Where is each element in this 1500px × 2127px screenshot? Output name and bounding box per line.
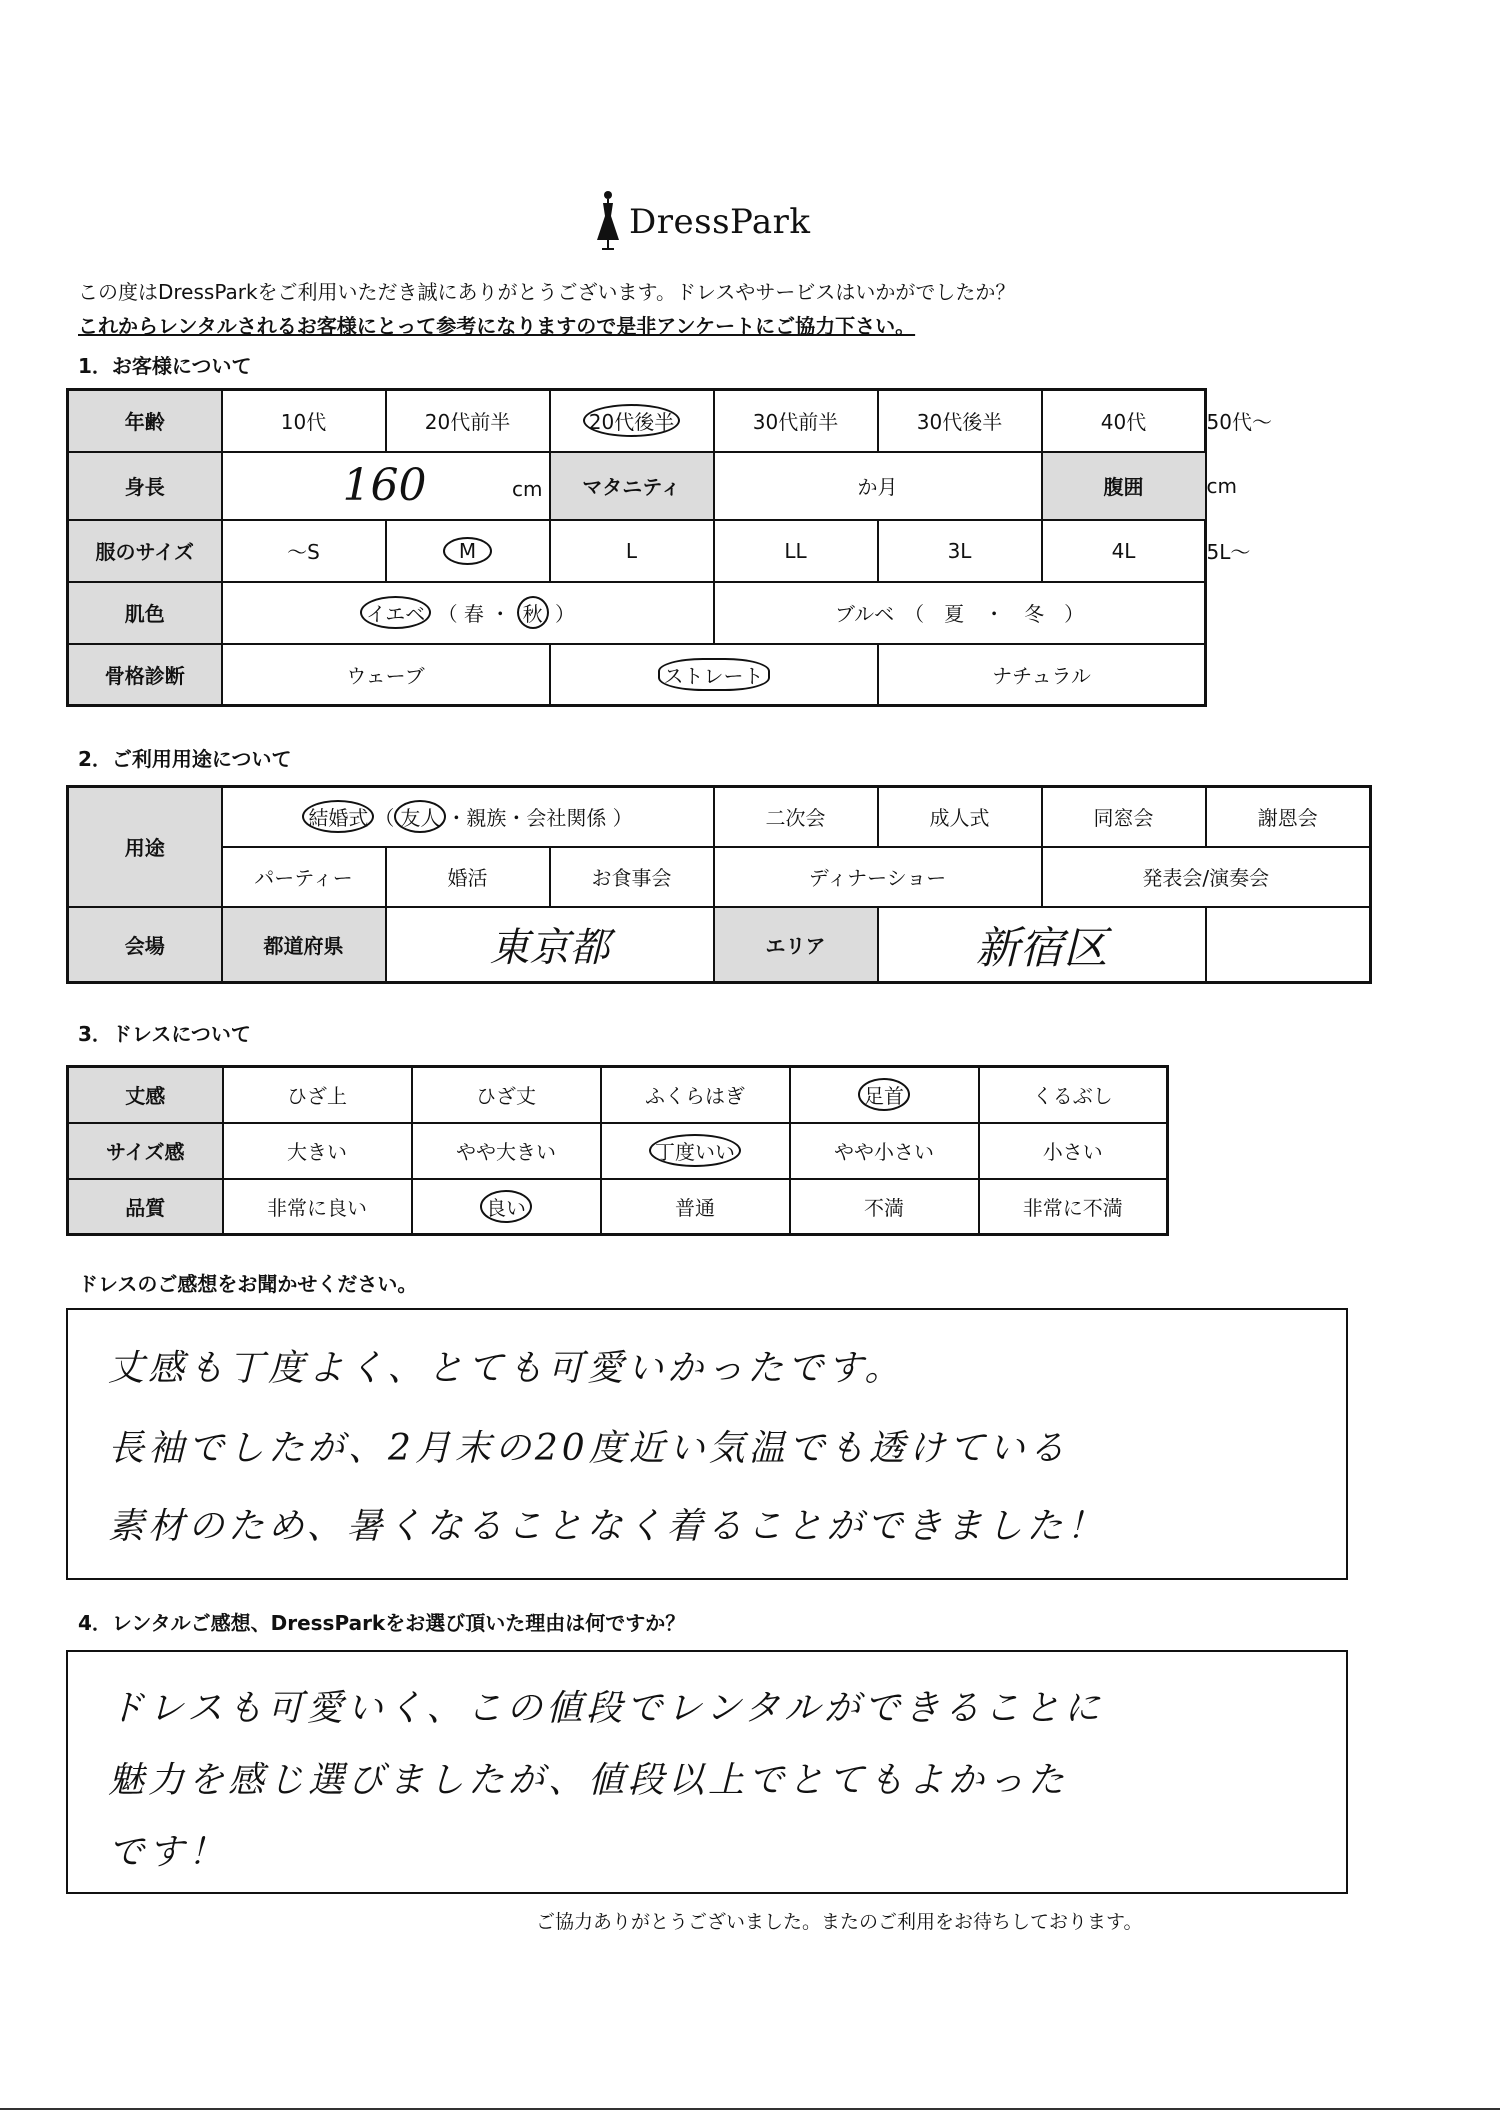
skin-yellow-base[interactable]: イエベ （ 春 ・ 秋 ） xyxy=(222,582,714,644)
comment-line: です！ xyxy=(108,1824,228,1875)
height-label: 身長 xyxy=(68,452,222,520)
size-option-l[interactable]: L xyxy=(550,520,714,582)
comment-line: 長袖でしたが、2月末の20度近い気温でも透けている xyxy=(108,1420,1069,1471)
paren-open: （ xyxy=(438,602,458,626)
comment-line: 素材のため、暑くなることなく着ることができました！ xyxy=(108,1498,1107,1549)
rental-comment-box[interactable]: ドレスも可愛いく、この値段でレンタルができることに 魅力を感じ選びましたが、値段… xyxy=(66,1650,1348,1894)
skeleton-label: 骨格診断 xyxy=(68,644,222,706)
purpose-wedding-relations: ・親族・会社関係 ） xyxy=(446,806,632,830)
maternity-label: マタニティ xyxy=(550,452,714,520)
skeleton-option-wave[interactable]: ウェーブ xyxy=(222,644,550,706)
purpose-dinner-show[interactable]: ディナーショー xyxy=(714,847,1042,907)
quality-option-average[interactable]: 普通 xyxy=(601,1179,790,1235)
purpose-friend[interactable]: 友人 xyxy=(394,800,446,833)
selected-circle: 良い xyxy=(480,1190,532,1223)
customer-info-table: 年齢 10代 20代前半 20代後半 30代前半 30代後半 40代 50代～ … xyxy=(66,388,1207,707)
age-option-early-30s[interactable]: 30代前半 xyxy=(714,390,878,452)
skeleton-option-straight[interactable]: ストレート xyxy=(550,644,878,706)
size-option-ll[interactable]: LL xyxy=(714,520,878,582)
scan-edge-divider xyxy=(0,2108,1500,2110)
waist-label: 腹囲 xyxy=(1042,452,1206,520)
selected-circle: 20代後半 xyxy=(583,404,680,437)
purpose-party[interactable]: パーティー xyxy=(222,847,386,907)
dress-table: 丈感 ひざ上 ひざ丈 ふくらはぎ 足首 くるぶし サイズ感 大きい やや大きい … xyxy=(66,1065,1169,1236)
purpose-afterparty[interactable]: 二次会 xyxy=(714,787,878,847)
age-option-late-30s[interactable]: 30代後半 xyxy=(878,390,1042,452)
quality-option-good[interactable]: 良い xyxy=(412,1179,601,1235)
quality-label: 品質 xyxy=(68,1179,223,1235)
length-option-knee[interactable]: ひざ丈 xyxy=(412,1067,601,1123)
size-label: 服のサイズ xyxy=(68,520,222,582)
area-label: エリア xyxy=(714,907,878,983)
comment-line: 丈感も丁度よく、とても可愛いかったです。 xyxy=(108,1340,904,1391)
purpose-reunion[interactable]: 同窓会 xyxy=(1042,787,1206,847)
usage-table: 用途 結婚式（友人・親族・会社関係 ） 二次会 成人式 同窓会 謝恩会 パーティ… xyxy=(66,785,1372,984)
skin-label: 肌色 xyxy=(68,582,222,644)
age-option-late-20s[interactable]: 20代後半 xyxy=(550,390,714,452)
fit-label: サイズ感 xyxy=(68,1123,223,1179)
prefecture-value: 東京都 xyxy=(490,925,610,971)
section1-title: 1．お客様について xyxy=(78,350,252,379)
length-option-above-knee[interactable]: ひざ上 xyxy=(223,1067,412,1123)
quality-option-dissatisfied[interactable]: 不満 xyxy=(790,1179,979,1235)
size-option-4l[interactable]: 4L xyxy=(1042,520,1206,582)
quality-option-very-good[interactable]: 非常に良い xyxy=(223,1179,412,1235)
age-option-10s[interactable]: 10代 xyxy=(222,390,386,452)
fit-option-slightly-large[interactable]: やや大きい xyxy=(412,1123,601,1179)
venue-label: 会場 xyxy=(68,907,222,983)
selected-circle: 結婚式 xyxy=(302,800,374,833)
purpose-coming-of-age[interactable]: 成人式 xyxy=(878,787,1042,847)
purpose-recital[interactable]: 発表会/演奏会 xyxy=(1042,847,1371,907)
paren-close: ） xyxy=(555,602,575,626)
area-field[interactable]: 新宿区 xyxy=(878,907,1206,983)
length-option-ankle[interactable]: 足首 xyxy=(790,1067,979,1123)
prefecture-label: 都道府県 xyxy=(222,907,386,983)
purpose-thanks-party[interactable]: 謝恩会 xyxy=(1206,787,1371,847)
fit-option-slightly-small[interactable]: やや小さい xyxy=(790,1123,979,1179)
dress-silhouette-icon xyxy=(595,190,621,254)
paren-open: （ xyxy=(374,806,394,830)
length-option-calf[interactable]: ふくらはぎ xyxy=(601,1067,790,1123)
length-label: 丈感 xyxy=(68,1067,223,1123)
skin-autumn[interactable]: 秋 xyxy=(517,596,549,629)
intro-request: これからレンタルされるお客様にとって参考になりますので是非アンケートにご協力下さ… xyxy=(78,310,915,339)
prefecture-field[interactable]: 東京都 xyxy=(386,907,714,983)
separator: ・ xyxy=(490,602,510,626)
fit-option-large[interactable]: 大きい xyxy=(223,1123,412,1179)
fit-option-small[interactable]: 小さい xyxy=(979,1123,1168,1179)
area-value: 新宿区 xyxy=(976,923,1108,974)
purpose-konkatsu[interactable]: 婚活 xyxy=(386,847,550,907)
purpose-label: 用途 xyxy=(68,787,222,907)
skin-blue-base[interactable]: ブルベ （ 夏 ・ 冬 ） xyxy=(714,582,1206,644)
selected-circle: ストレート xyxy=(658,658,770,691)
intro-text: この度はDressParkをご利用いただき誠にありがとうございます。ドレスやサー… xyxy=(78,276,1015,305)
selected-circle: 丁度いい xyxy=(649,1134,741,1167)
section2-title: 2．ご利用用途について xyxy=(78,743,292,772)
size-option-3l[interactable]: 3L xyxy=(878,520,1042,582)
length-option-ankle-bone[interactable]: くるぶし xyxy=(979,1067,1168,1123)
thanks-note: ご協力ありがとうございました。またのご利用をお待ちしております。 xyxy=(536,1907,1142,1934)
height-field[interactable]: 160 cm xyxy=(222,452,550,520)
dress-comment-prompt: ドレスのご感想をお聞かせください。 xyxy=(78,1268,417,1297)
comment-line: 魅力を感じ選びましたが、値段以上でとてもよかった xyxy=(108,1752,1068,1803)
dress-comment-box[interactable]: 丈感も丁度よく、とても可愛いかったです。 長袖でしたが、2月末の20度近い気温で… xyxy=(66,1308,1348,1580)
purpose-wedding[interactable]: 結婚式（友人・親族・会社関係 ） xyxy=(222,787,714,847)
selected-circle: イエベ xyxy=(360,596,431,629)
skin-spring[interactable]: 春 xyxy=(464,602,484,626)
brand-name: DressPark xyxy=(629,202,811,242)
selected-circle: 足首 xyxy=(858,1078,910,1111)
age-label: 年齢 xyxy=(68,390,222,452)
age-option-40s[interactable]: 40代 xyxy=(1042,390,1206,452)
purpose-dinner[interactable]: お食事会 xyxy=(550,847,714,907)
size-option-s[interactable]: ～S xyxy=(222,520,386,582)
section4-title: 4．レンタルご感想、DressParkをお選び頂いた理由は何ですか？ xyxy=(78,1607,685,1636)
fit-option-just-right[interactable]: 丁度いい xyxy=(601,1123,790,1179)
quality-option-very-dissatisfied[interactable]: 非常に不満 xyxy=(979,1179,1168,1235)
maternity-field[interactable]: か月 xyxy=(714,452,1042,520)
height-unit: cm xyxy=(512,477,542,501)
skeleton-option-natural[interactable]: ナチュラル xyxy=(878,644,1206,706)
comment-line: ドレスも可愛いく、この値段でレンタルができることに xyxy=(108,1680,1104,1731)
height-value: 160 xyxy=(343,460,427,511)
age-option-early-20s[interactable]: 20代前半 xyxy=(386,390,550,452)
brand-logo: DressPark xyxy=(595,190,811,254)
selected-circle: M xyxy=(443,537,492,565)
section3-title: 3．ドレスについて xyxy=(78,1018,251,1047)
size-option-m[interactable]: M xyxy=(386,520,550,582)
